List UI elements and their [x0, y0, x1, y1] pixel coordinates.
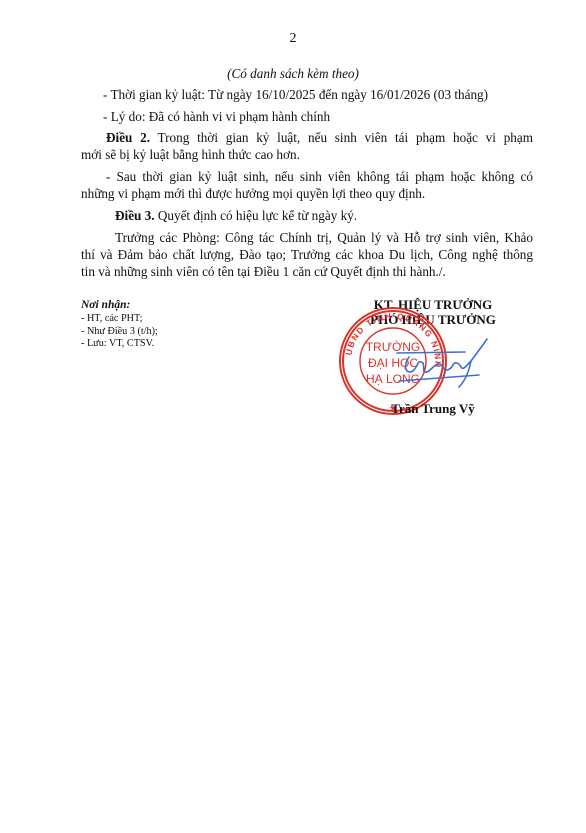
recipient-item: Lưu: VT, CTSV. — [81, 338, 158, 351]
article-3-label: Điều 3. — [115, 208, 155, 223]
attachment-note: (Có danh sách kèm theo) — [0, 65, 586, 82]
recipient-item: Như Điều 3 (t/h); — [81, 326, 158, 339]
signer-name: Trần Trung Vỹ — [338, 401, 528, 417]
recipient-item: HT, các PHT; — [81, 313, 158, 326]
article-3-execution-line1: Trưởng các Phòng: Công tác Chính trị, Qu… — [81, 229, 533, 246]
page-number: 2 — [0, 31, 586, 47]
article-3: Điều 3. Quyết định có hiệu lực kể từ ngà… — [115, 207, 357, 224]
article-2-clause: - Sau thời gian kỷ luật sinh, nếu sinh v… — [81, 168, 533, 185]
discipline-reason: - Lý do: Đã có hành vi vi phạm hành chín… — [103, 108, 330, 125]
article-2-text: Trong thời gian kỷ luật, nếu sinh viên t… — [150, 130, 533, 145]
article-2-label: Điều 2. — [106, 130, 150, 145]
article-2-clause-line2: những vi phạm mới thì được hưởng mọi quy… — [81, 185, 425, 202]
article-2: Điều 2. Trong thời gian kỷ luật, nếu sin… — [81, 129, 533, 146]
recipients-title: Nơi nhận: — [81, 299, 130, 311]
article-3-execution-line3: tin và những sinh viên có tên tại Điều 1… — [81, 263, 446, 280]
discipline-period: - Thời gian kỷ luật: Từ ngày 16/10/2025 … — [103, 86, 488, 103]
article-2-line2: mới sẽ bị kỷ luật bằng hình thức cao hơn… — [81, 146, 300, 163]
article-3-execution-line2: thí và Đảm bảo chất lượng, Đào tạo; Trưở… — [81, 246, 533, 263]
recipients-list: HT, các PHT; Như Điều 3 (t/h); Lưu: VT, … — [81, 313, 158, 351]
article-3-text: Quyết định có hiệu lực kể từ ngày ký. — [155, 208, 358, 223]
handwritten-signature-icon — [395, 335, 495, 395]
